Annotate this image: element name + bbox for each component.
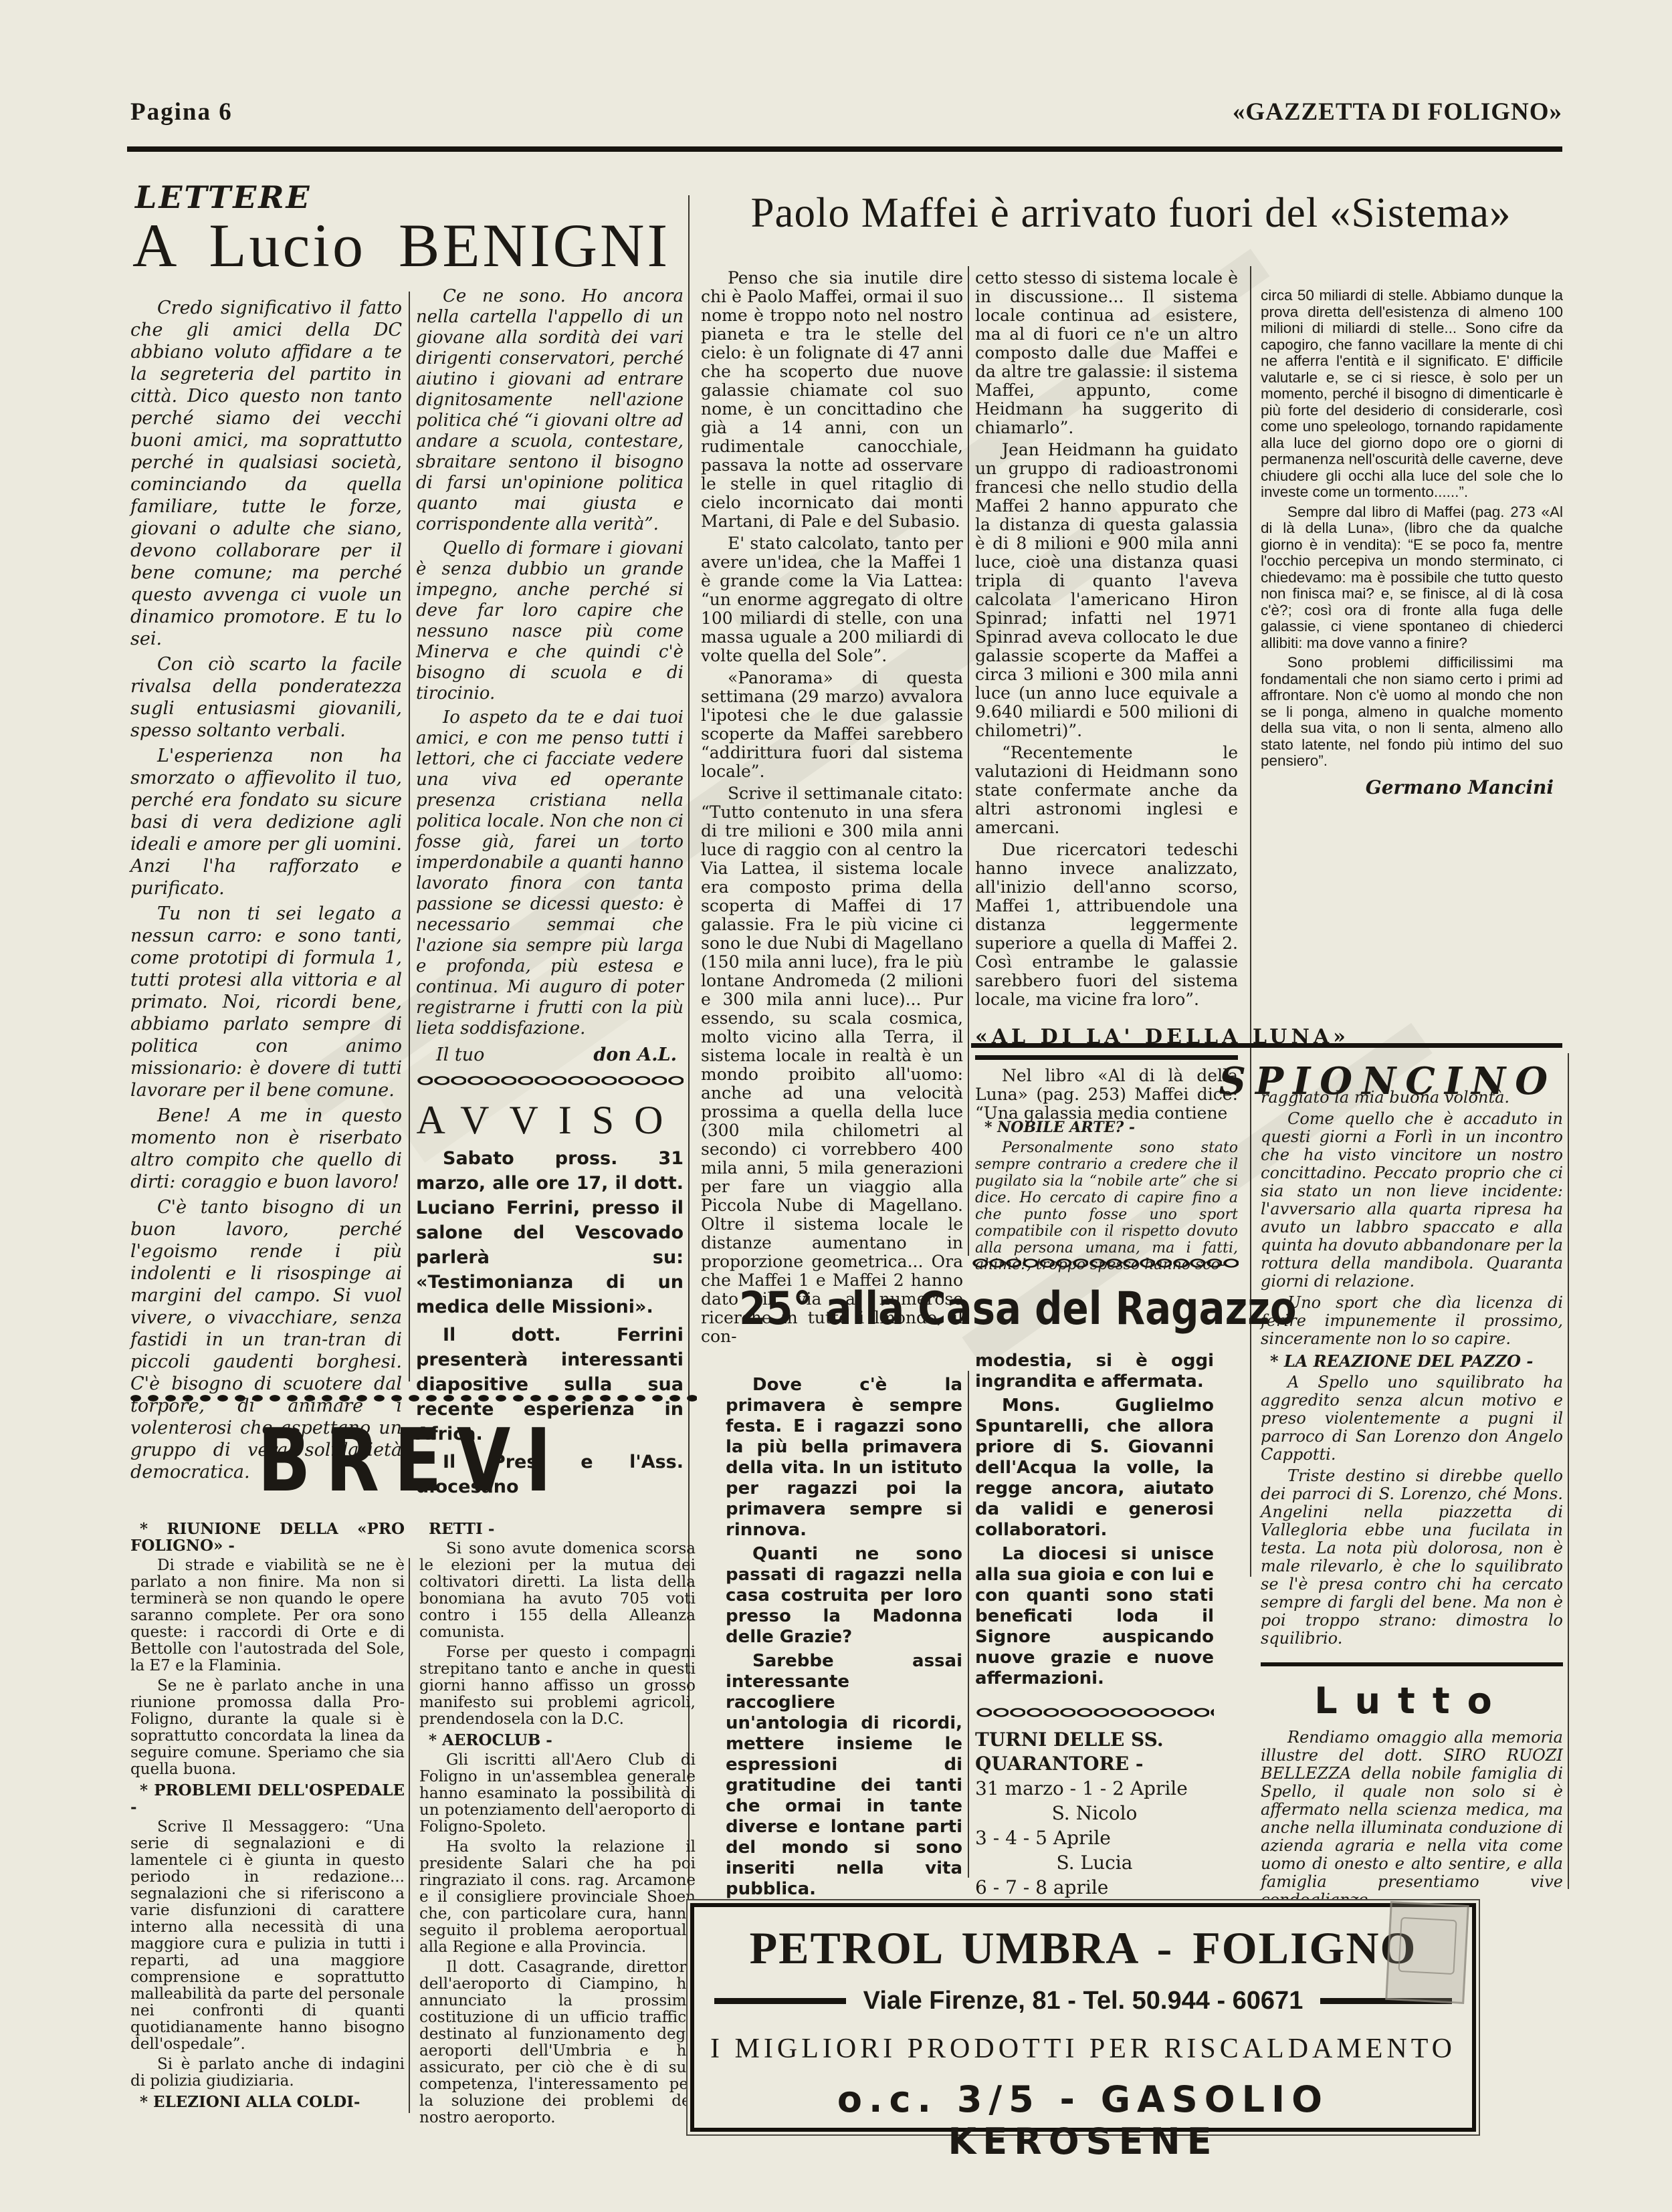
turni-line: S. Lucia <box>975 1850 1214 1875</box>
paragraph: Rendiamo omaggio alla memoria illustre d… <box>1261 1729 1563 1909</box>
paragraph: Triste destino si direbbe quello dei par… <box>1261 1467 1563 1648</box>
maffei-byline: Germano Mancini <box>1261 776 1563 798</box>
paragraph: Uno sport che dìa licenza di ferire impu… <box>1261 1294 1563 1348</box>
paragraph: Si sono avute domenica scorsa le elezion… <box>419 1541 696 1641</box>
lutto-body: Rendiamo omaggio alla memoria illustre d… <box>1261 1729 1563 1909</box>
paragraph: L'esperienza non ha smorzato o affievoli… <box>130 745 402 899</box>
casa-title: 25° alla Casa del Ragazzo <box>739 1283 1194 1335</box>
brevi-column-2: RETTI -Si sono avute domenica scorsa le … <box>419 1517 696 2126</box>
lutto-rule <box>1261 1662 1563 1666</box>
paragraph: Si è parlato anche di indagini di polizi… <box>130 2056 405 2090</box>
top-rule <box>127 146 1562 152</box>
paragraph: Con ciò scarto la facile rivalsa della p… <box>130 653 402 742</box>
paragraph: Forse per questo i compagni strepitano t… <box>419 1644 696 1728</box>
paragraph: Due ricercatori tedeschi hanno invece an… <box>975 841 1238 1009</box>
column-rule-right-margin <box>1568 1053 1569 1889</box>
turni-title: TURNI DELLE SS. QUARANTORE - <box>975 1728 1214 1776</box>
spioncino-rule <box>971 1043 1562 1048</box>
paragraph: Credo significativo il fatto che gli ami… <box>130 297 402 650</box>
paragraph: A Spello uno squilibrato ha aggredito se… <box>1261 1373 1563 1464</box>
paragraph: Jean Heidmann ha guidato un gruppo di ra… <box>975 441 1238 740</box>
paragraph: Sono problemi difficilissimi ma fondamen… <box>1261 655 1563 770</box>
paragraph: Io aspeto da te e dai tuoi amici, e con … <box>416 707 684 1039</box>
maffei-column-2: cetto stesso di sistema locale è in disc… <box>975 269 1238 1009</box>
dots-divider <box>127 1392 697 1404</box>
paragraph: Sempre dal libro di Maffei (pag. 273 «Al… <box>1261 504 1563 652</box>
casa-column-2: modestia, si è oggi ingrandita e afferma… <box>975 1351 1214 1689</box>
spioncino-column-1: * NOBILE ARTE? -Personalmente sono stato… <box>975 1115 1238 1273</box>
brevi-title: BREVI <box>184 1410 640 1511</box>
paragraph: Scrive Il Messaggero: “Una serie di segn… <box>130 1819 405 2053</box>
paragraph: Gli iscritti all'Aero Club di Foligno in… <box>419 1752 696 1836</box>
lettere-column-2: Ce ne sono. Ho ancora nella cartella l'a… <box>416 286 684 1039</box>
paragraph: Quanti ne sono passati di ragazzi nella … <box>726 1544 962 1648</box>
paragraph: circa 50 miliardi di stelle. Abbiamo dun… <box>1261 288 1563 501</box>
maffei-column-3-flow: circa 50 miliardi di stelle. Abbiamo dun… <box>1261 288 1563 798</box>
maffei-headline: Paolo Maffei è arrivato fuori del «Siste… <box>699 189 1563 237</box>
turni-list: 31 marzo - 1 - 2 AprileS. Nicolo3 - 4 - … <box>975 1776 1214 1924</box>
paragraph: Ha svolto la relazione il presidente Sal… <box>419 1839 696 1956</box>
paragraph: Tu non ti sei legato a nessun carro: e s… <box>130 903 402 1101</box>
paragraph: Penso che sia inutile dire chi è Paolo M… <box>701 269 963 531</box>
avviso-title: AVVISO <box>416 1097 684 1143</box>
spioncino-column-2: raggiato la mia buona volontà.Come quell… <box>1261 1089 1563 1648</box>
letter-signoff: Il tuo don A.L. <box>416 1044 684 1065</box>
paragraph: cetto stesso di sistema locale è in disc… <box>975 269 1238 437</box>
paragraph: Mons. Guglielmo Spuntarelli, che allora … <box>975 1396 1214 1541</box>
ad-address: Viale Firenze, 81 - Tel. 50.944 - 60671 <box>846 1987 1321 2015</box>
brevi-column-1: * RIUNIONE DELLA «PRO FOLIGNO» -Di strad… <box>130 1517 405 2110</box>
maffei-column-1: Penso che sia inutile dire chi è Paolo M… <box>701 269 963 1346</box>
signoff-author: don A.L. <box>593 1044 677 1065</box>
ad-fuel: o.c. 3/5 - GASOLIO KEROSENE <box>694 2078 1472 2163</box>
right-column-flow: raggiato la mia buona volontà.Come quell… <box>1261 1089 1563 1909</box>
casa-column-2-flow: modestia, si è oggi ingrandita e afferma… <box>975 1351 1214 1924</box>
paragraph: Scrive il settimanale citato: “Tutto con… <box>701 784 963 1346</box>
maffei-subhead: «AL DI LA' DELLA LUNA» <box>975 1016 1238 1060</box>
paragraph: Sabato pross. 31 marzo, alle ore 17, il … <box>416 1146 684 1319</box>
paragraph: “Recentemente le valutazioni di Heidmann… <box>975 744 1238 837</box>
paragraph: Dove c'è la primavera è sempre festa. E … <box>726 1375 962 1541</box>
ad-rule-left <box>714 1998 846 2004</box>
chain-divider-2 <box>971 1257 1239 1269</box>
paragraph: Bene! A me in questo momento non è riser… <box>130 1105 402 1193</box>
paragraph: Personalmente sono stato sempre contrari… <box>975 1139 1238 1273</box>
paragraph: Di strade e viabilità se ne è parlato a … <box>130 1557 405 1674</box>
paragraph: Se ne è parlato anche in una riunione pr… <box>130 1678 405 1778</box>
ad-box: PETROL UMBRA - FOLIGNO Viale Firenze, 81… <box>690 1903 1476 2132</box>
paragraph: * RIUNIONE DELLA «PRO FOLIGNO» - <box>130 1521 405 1554</box>
paragraph: modestia, si è oggi ingrandita e afferma… <box>975 1351 1214 1392</box>
paragraph: E' stato calcolato, tanto per avere un'i… <box>701 534 963 665</box>
turni-line: 31 marzo - 1 - 2 Aprile <box>975 1776 1214 1801</box>
column-rule-maffei-2 <box>1250 266 1251 1577</box>
column-rule-casa <box>968 1371 969 1878</box>
page-number: Pagina 6 <box>130 98 233 126</box>
column-rule-left <box>409 292 410 1381</box>
paragraph: Quello di formare i giovani è senza dubb… <box>416 538 684 704</box>
paragraph: raggiato la mia buona volontà. <box>1261 1089 1563 1107</box>
paragraph: Il dott. Casagrande, direttore dell'aero… <box>419 1959 696 2126</box>
turni-line: S. Nicolo <box>975 1801 1214 1826</box>
paragraph: Sarebbe assai interessante raccogliere u… <box>726 1651 962 1900</box>
ad-products: I MIGLIORI PRODOTTI PER RISCALDAMENTO <box>694 2033 1472 2065</box>
ad-address-row: Viale Firenze, 81 - Tel. 50.944 - 60671 <box>714 1987 1452 2015</box>
paragraph: La diocesi si unisce alla sua gioia e co… <box>975 1544 1214 1689</box>
turni-line: 6 - 7 - 8 aprile <box>975 1875 1214 1900</box>
chain-divider <box>416 1075 684 1087</box>
paragraph: * AEROCLUB - <box>419 1732 696 1749</box>
newspaper-page: { "colors": {"paper": "#eceade", "ink": … <box>0 0 1672 2212</box>
turni-section: TURNI DELLE SS. QUARANTORE - 31 marzo - … <box>975 1728 1214 1924</box>
paragraph: «Panorama» di questa settimana (29 marzo… <box>701 669 963 781</box>
paragraph: * NOBILE ARTE? - <box>975 1119 1238 1136</box>
turni-line: 3 - 4 - 5 Aprile <box>975 1826 1214 1850</box>
column-rule-left-lower <box>409 1558 410 2113</box>
paragraph: Ce ne sono. Ho ancora nella cartella l'a… <box>416 286 684 535</box>
signoff-sender: Il tuo <box>436 1044 484 1065</box>
paragraph: * LA REAZIONE DEL PAZZO - <box>1261 1352 1563 1370</box>
column-rule-maffei-1 <box>968 266 969 1256</box>
lettere-column-2-flow: Ce ne sono. Ho ancora nella cartella l'a… <box>416 286 684 1499</box>
lettere-headline: A Lucio BENIGNI <box>132 210 670 281</box>
ad-title: PETROL UMBRA - FOLIGNO <box>694 1922 1472 1975</box>
ad-stamp <box>1385 1901 1469 2004</box>
paragraph: Come quello che è accaduto in questi gio… <box>1261 1110 1563 1291</box>
chain-divider-3 <box>975 1706 1214 1719</box>
lutto-title: Lutto <box>1261 1680 1563 1722</box>
paragraph: RETTI - <box>419 1521 696 1537</box>
paragraph: * ELEZIONI ALLA COLDI- <box>130 2094 405 2110</box>
masthead: «GAZZETTA DI FOLIGNO» <box>1233 98 1562 126</box>
lettere-column-1: Credo significativo il fatto che gli ami… <box>130 297 402 1483</box>
maffei-column-3: circa 50 miliardi di stelle. Abbiamo dun… <box>1261 288 1563 770</box>
maffei-column-2-flow: cetto stesso di sistema locale è in disc… <box>975 269 1238 1123</box>
paragraph: * PROBLEMI DELL'OSPEDALE - <box>130 1782 405 1815</box>
